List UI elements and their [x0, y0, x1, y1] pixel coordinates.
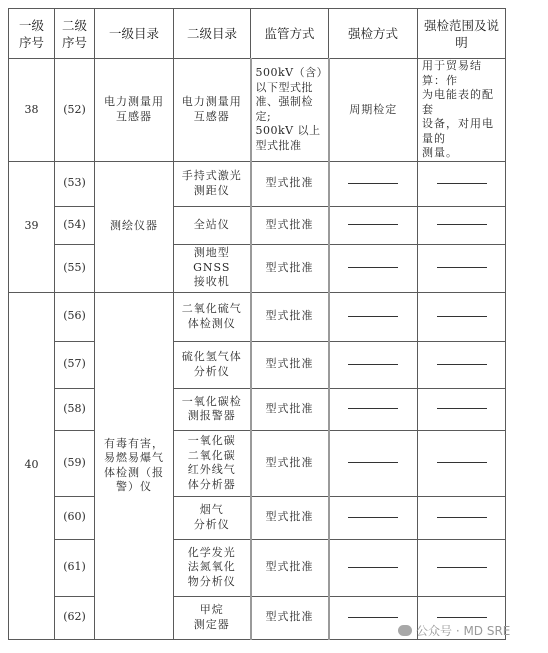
scope-dash: [418, 161, 506, 206]
level2-no: (56): [55, 292, 95, 341]
inspection-method-dash: [329, 341, 418, 388]
level2-no: (55): [55, 244, 95, 292]
table-row: 39 (53) 测绘仪器 手持式激光测距仪 型式批准: [9, 161, 506, 206]
supervision: 型式批准: [251, 206, 329, 244]
level1-no: 40: [9, 292, 55, 639]
level2-no: (53): [55, 161, 95, 206]
level2-no: (59): [55, 430, 95, 496]
table-row: (54) 全站仪 型式批准: [9, 206, 506, 244]
supervision: 型式批准: [251, 496, 329, 539]
inspection-method-dash: [329, 206, 418, 244]
table-row: 38 (52) 电力测量用互感器 电力测量用互感器 500kV（含）以下型式批准…: [9, 59, 506, 162]
inspection-method: 周期检定: [329, 59, 418, 162]
dash-line: [437, 267, 487, 268]
level1-catalog: 电力测量用互感器: [95, 59, 174, 162]
level2-catalog: 一氧化碳检测报警器: [174, 388, 251, 430]
dash-line: [348, 462, 398, 463]
scope: 用于贸易结算：作为电能表的配套设备，对用电量的测量。: [418, 59, 506, 162]
supervision: 型式批准: [251, 596, 329, 639]
level2-no: (60): [55, 496, 95, 539]
dash-line: [437, 224, 487, 225]
level2-no: (61): [55, 539, 95, 596]
supervision: 型式批准: [251, 292, 329, 341]
dash-line: [348, 316, 398, 317]
level1-no: 39: [9, 161, 55, 292]
dash-line: [348, 267, 398, 268]
header-supervision: 监管方式: [251, 9, 329, 59]
dash-line: [437, 316, 487, 317]
level2-catalog: 电力测量用互感器: [174, 59, 251, 162]
level2-no: (62): [55, 596, 95, 639]
level2-no: (54): [55, 206, 95, 244]
dash-line: [348, 224, 398, 225]
level2-no: (57): [55, 341, 95, 388]
scope-dash: [418, 388, 506, 430]
level2-catalog: 甲烷测定器: [174, 596, 251, 639]
inspection-method-dash: [329, 388, 418, 430]
scope-dash: [418, 292, 506, 341]
level2-catalog: 测地型GNSS接收机: [174, 244, 251, 292]
table-row: (60) 烟气分析仪 型式批准: [9, 496, 506, 539]
inspection-method-dash: [329, 161, 418, 206]
supervision: 型式批准: [251, 244, 329, 292]
supervision: 500kV（含）以下型式批准、强制检定;500kV 以上型式批准: [251, 59, 329, 162]
table-row: 40 (56) 有毒有害，易燃易爆气体检测（报警）仪 二氧化硫气体检测仪 型式批…: [9, 292, 506, 341]
level2-catalog: 化学发光法氮氧化物分析仪: [174, 539, 251, 596]
supervision: 型式批准: [251, 539, 329, 596]
level2-catalog: 二氧化硫气体检测仪: [174, 292, 251, 341]
scope-dash: [418, 496, 506, 539]
level1-no: 38: [9, 59, 55, 162]
watermark: 公众号 · MD SRE: [398, 622, 510, 639]
supervision: 型式批准: [251, 161, 329, 206]
inspection-method-dash: [329, 292, 418, 341]
dash-line: [348, 517, 398, 518]
dash-line: [437, 462, 487, 463]
wechat-icon: [398, 625, 412, 636]
header-level1-catalog: 一级目录: [95, 9, 174, 59]
scope-dash: [418, 430, 506, 496]
inspection-method-dash: [329, 539, 418, 596]
header-scope: 强检范围及说明: [418, 9, 506, 59]
dash-line: [437, 617, 487, 618]
level1-catalog: 有毒有害，易燃易爆气体检测（报警）仪: [95, 292, 174, 639]
dash-line: [437, 364, 487, 365]
dash-line: [437, 183, 487, 184]
header-row: 一级序号 二级序号 一级目录 二级目录 监管方式 强检方式 强检范围及说明: [9, 9, 506, 59]
header-level2-no: 二级序号: [55, 9, 95, 59]
scope-dash: [418, 244, 506, 292]
dash-line: [348, 617, 398, 618]
header-level1-no: 一级序号: [9, 9, 55, 59]
scope-dash: [418, 206, 506, 244]
dash-line: [348, 408, 398, 409]
inspection-method-dash: [329, 430, 418, 496]
level2-no: (58): [55, 388, 95, 430]
table-row: (59) 一氧化碳二氧化碳红外线气体分析器 型式批准: [9, 430, 506, 496]
scope-dash: [418, 539, 506, 596]
level2-catalog: 手持式激光测距仪: [174, 161, 251, 206]
level1-catalog: 测绘仪器: [95, 161, 174, 292]
header-level2-catalog: 二级目录: [174, 9, 251, 59]
inspection-method-dash: [329, 244, 418, 292]
scope-dash: [418, 341, 506, 388]
header-inspection-method: 强检方式: [329, 9, 418, 59]
table-row: (55) 测地型GNSS接收机 型式批准: [9, 244, 506, 292]
level2-catalog: 一氧化碳二氧化碳红外线气体分析器: [174, 430, 251, 496]
dash-line: [348, 364, 398, 365]
dash-line: [437, 567, 487, 568]
dash-line: [348, 567, 398, 568]
dash-line: [437, 408, 487, 409]
measuring-instruments-table: 一级序号 二级序号 一级目录 二级目录 监管方式 强检方式 强检范围及说明 38…: [8, 8, 506, 640]
level2-catalog: 硫化氢气体分析仪: [174, 341, 251, 388]
level2-no: (52): [55, 59, 95, 162]
table-row: (58) 一氧化碳检测报警器 型式批准: [9, 388, 506, 430]
supervision: 型式批准: [251, 341, 329, 388]
table-row: (61) 化学发光法氮氧化物分析仪 型式批准: [9, 539, 506, 596]
supervision: 型式批准: [251, 430, 329, 496]
dash-line: [437, 517, 487, 518]
supervision: 型式批准: [251, 388, 329, 430]
watermark-text: 公众号 · MD SRE: [416, 622, 510, 639]
level2-catalog: 全站仪: [174, 206, 251, 244]
table-row: (57) 硫化氢气体分析仪 型式批准: [9, 341, 506, 388]
level2-catalog: 烟气分析仪: [174, 496, 251, 539]
dash-line: [348, 183, 398, 184]
inspection-method-dash: [329, 496, 418, 539]
